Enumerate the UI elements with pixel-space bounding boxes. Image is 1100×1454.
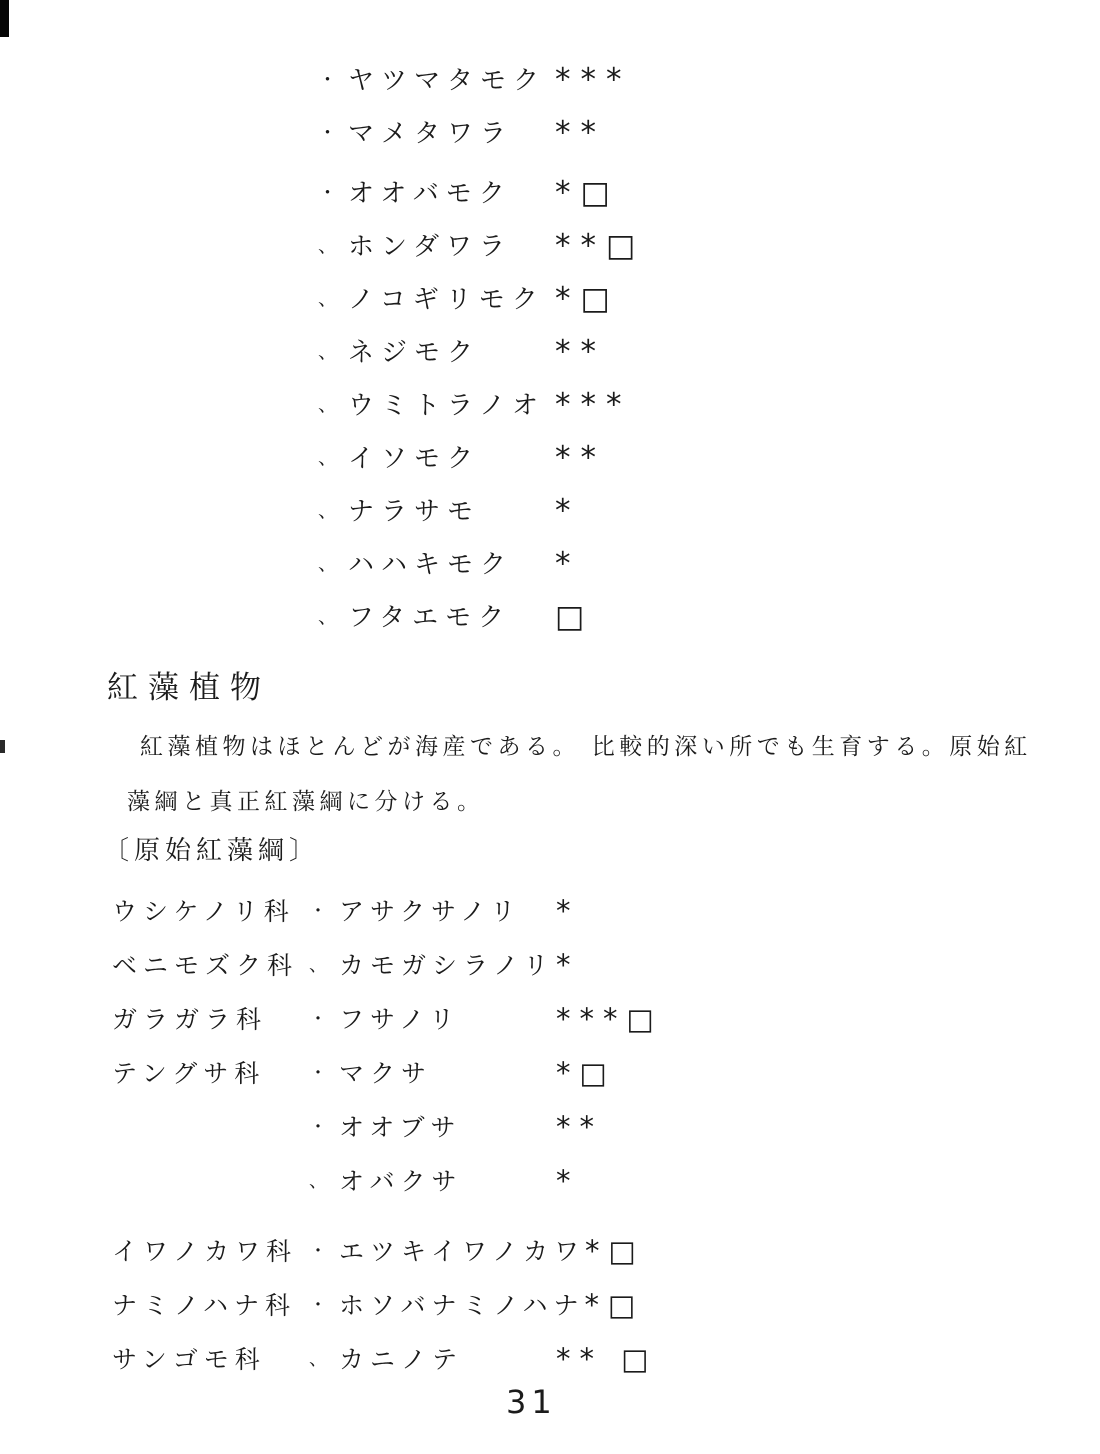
list-item: ナミノハナ科 ・ ホソバナミノハナ *□ [112,1286,663,1340]
species-name: ヤツマタモク [348,60,555,97]
abundance-marks: * [555,546,581,582]
species-name: ハハキモク [348,544,555,581]
list-item: ウシケノリ科 ・ アサクサノリ * [112,892,663,946]
family-name: ガラガラ科 [112,1000,309,1036]
bullet-mark: ・ [318,60,348,92]
species-name: ホソバナミノハナ [339,1286,585,1322]
bullet-mark: ・ [309,1000,339,1031]
list-item: ・ オオバモク *□ [318,173,645,226]
abundance-marks: *□ [585,1234,645,1268]
list-item: 、 イソモク ** [318,438,645,491]
bullet-mark: 、 [309,1340,339,1371]
bullet-mark: ・ [309,1108,339,1139]
abundance-marks: ** [555,334,606,370]
bullet-mark: 、 [318,279,348,311]
bullet-mark: 、 [318,332,348,364]
family-name: ベニモズク科 [112,946,309,982]
list-item: 、 ネジモク ** [318,332,645,385]
bullet-mark: 、 [309,1162,339,1193]
species-name: イソモク [348,438,555,475]
list-item: 、 ウミトラノオ *** [318,385,645,438]
abundance-marks: ** [556,1110,603,1144]
list-item: 、 オバクサ * [112,1162,663,1216]
species-name: ウミトラノオ [348,385,555,422]
bullet-mark: 、 [318,438,348,470]
bullet-mark: ・ [309,1054,339,1085]
species-name: ホンダワラ [348,226,555,263]
abundance-marks: **□ [555,228,645,264]
list-item: 、 ハハキモク * [318,544,645,597]
list-item: ガラガラ科 ・ フサノリ ***□ [112,1000,663,1054]
abundance-marks: *□ [555,281,620,317]
bullet-mark: 、 [318,544,348,576]
list-item: 、 ナラサモ * [318,491,645,544]
list-item: ・ オオブサ ** [112,1108,663,1162]
family-name: ナミノハナ科 [112,1286,309,1322]
abundance-marks: *□ [555,175,620,211]
bullet-mark: 、 [318,491,348,523]
abundance-marks: ** □ [556,1342,658,1376]
family-name: イワノカワ科 [112,1232,309,1268]
section-heading: 紅藻植物 [107,662,271,707]
paragraph-line: 紅藻植物はほとんどが海産である。 比較的深い所でも生育する。原始紅 [127,720,1047,775]
subsection-heading: 〔原始紅藻綱〕 [103,830,320,867]
bullet-mark: ・ [318,173,348,205]
scanned-page: { "page": { "number": "31" }, "ink_color… [0,0,1100,1454]
species-name: アサクサノリ [339,892,556,928]
species-name: カニノテ [339,1340,556,1376]
bullet-mark: 、 [318,597,348,629]
species-name: マクサ [339,1054,556,1090]
bullet-mark: 、 [309,946,339,977]
species-name: ノコギリモク [348,279,555,316]
species-name: オオブサ [339,1108,556,1144]
list-item: ・ マメタワラ ** [318,113,645,166]
list-item: テングサ科 ・ マクサ *□ [112,1054,663,1108]
abundance-marks: *** [555,62,632,98]
abundance-marks: *** [555,387,632,423]
abundance-marks: * [556,948,580,982]
list-item: 、 ホンダワラ **□ [318,226,645,279]
species-name: マメタワラ [348,113,555,150]
page-number: 31 [506,1383,557,1421]
species-name: フサノリ [339,1000,556,1036]
abundance-marks: * [556,894,580,928]
family-name: サンゴモ科 [112,1340,309,1376]
abundance-marks: * [555,493,581,529]
list-item: ・ ヤツマタモク *** [318,60,645,113]
species-name: オオバモク [348,173,555,210]
species-name: オバクサ [339,1162,556,1198]
bullet-mark: ・ [309,892,339,923]
family-name: ウシケノリ科 [112,892,309,928]
scan-artifact [0,740,5,753]
bullet-mark: 、 [318,226,348,258]
paragraph: 紅藻植物はほとんどが海産である。 比較的深い所でも生育する。原始紅 藻綱と真正紅… [127,720,1047,830]
bullet-mark: ・ [318,113,348,145]
scan-artifact [0,0,9,37]
abundance-marks: ***□ [556,1002,663,1036]
list-item: 、 フタエモク □ [318,597,645,650]
species-name: エツキイワノカワ [339,1232,585,1268]
bullet-mark: 、 [318,385,348,417]
species-list-red-algae: ウシケノリ科 ・ アサクサノリ * ベニモズク科 、 カモガシラノリ * ガラガ… [112,892,663,1394]
species-name: フタエモク [348,597,555,634]
abundance-marks: □ [555,599,594,635]
list-item: ベニモズク科 、 カモガシラノリ * [112,946,663,1000]
family-name: テングサ科 [112,1054,309,1090]
species-name: ネジモク [348,332,555,369]
abundance-marks: *□ [585,1288,645,1322]
abundance-marks: ** [555,440,606,476]
abundance-marks: * [556,1164,580,1198]
species-name: ナラサモ [348,491,555,528]
list-item: イワノカワ科 ・ エツキイワノカワ *□ [112,1232,663,1286]
species-list-brown-algae: ・ ヤツマタモク *** ・ マメタワラ ** ・ オオバモク *□ 、 ホンダ… [318,60,645,650]
abundance-marks: ** [555,115,606,151]
paragraph-line: 藻綱と真正紅藻綱に分ける。 [127,775,1047,830]
bullet-mark: ・ [309,1232,339,1263]
species-name: カモガシラノリ [339,946,556,982]
list-item: サンゴモ科 、 カニノテ ** □ [112,1340,663,1394]
bullet-mark: ・ [309,1286,339,1317]
abundance-marks: *□ [556,1056,616,1090]
list-item: 、 ノコギリモク *□ [318,279,645,332]
